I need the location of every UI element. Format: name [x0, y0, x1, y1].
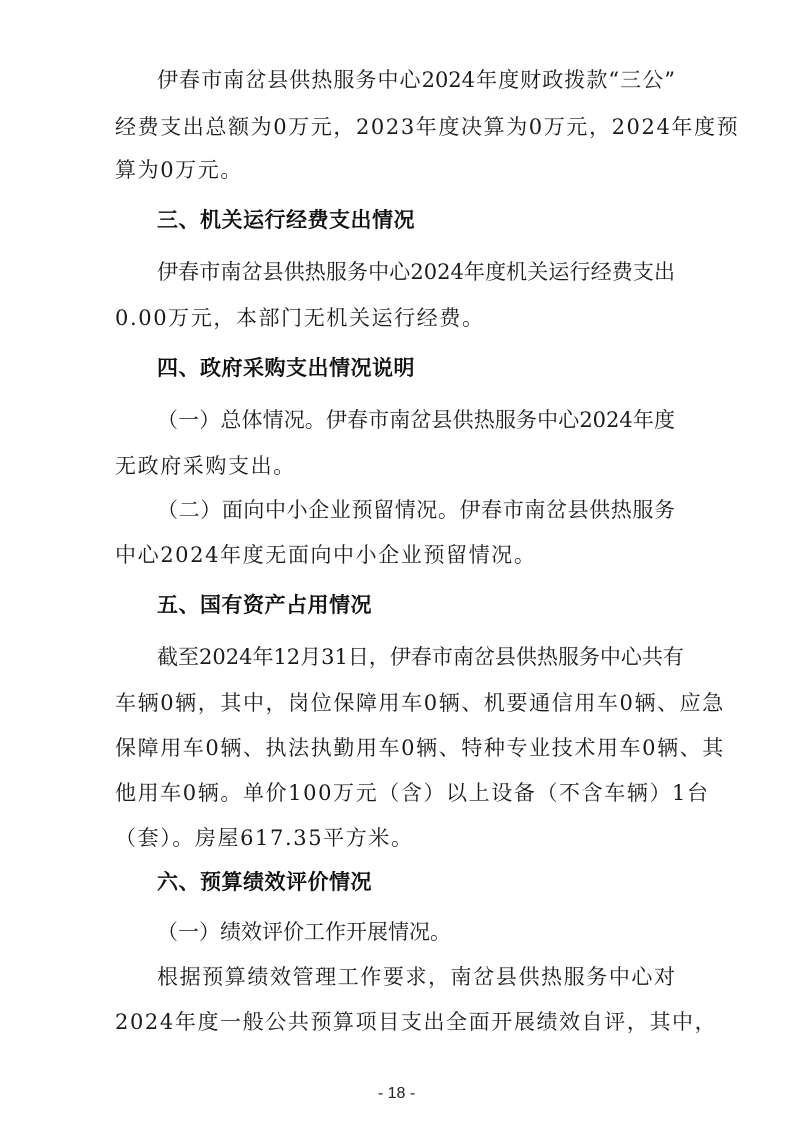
- paragraph-line: 0.00万元，本部门无机关运行经费。: [115, 304, 675, 332]
- paragraph-line: （一）绩效评价工作开展情况。: [157, 918, 675, 946]
- paragraph-line: 经费支出总额为0万元，2023年度决算为0万元，2024年度预: [115, 113, 675, 141]
- paragraph-line: （套）。房屋617.35平方米。: [115, 824, 675, 852]
- paragraph-line: 车辆0辆，其中，岗位保障用车0辆、机要通信用车0辆、应急: [115, 689, 675, 717]
- section-heading-6: 六、预算绩效评价情况: [157, 868, 793, 896]
- paragraph-line: 中心2024年度无面向中小企业预留情况。: [115, 541, 675, 569]
- paragraph-line: （二）面向中小企业预留情况。伊春市南岔县供热服务: [157, 496, 675, 524]
- section-heading-4: 四、政府采购支出情况说明: [157, 354, 793, 382]
- paragraph-line: 伊春市南岔县供热服务中心2024年度机关运行经费支出: [157, 258, 675, 286]
- paragraph-line: 他用车0辆。单价100万元（含）以上设备（不含车辆）1台: [115, 779, 675, 807]
- paragraph-line: 无政府采购支出。: [115, 452, 675, 480]
- paragraph-line: （一）总体情况。伊春市南岔县供热服务中心2024年度: [157, 406, 675, 434]
- paragraph-line: 2024年度一般公共预算项目支出全面开展绩效自评，其中，: [115, 1008, 675, 1036]
- paragraph-line: 根据预算绩效管理工作要求，南岔县供热服务中心对: [157, 963, 675, 991]
- paragraph-line: 算为0万元。: [115, 156, 675, 184]
- section-heading-5: 五、国有资产占用情况: [157, 591, 793, 619]
- paragraph-line: 伊春市南岔县供热服务中心2024年度财政拨款“三公”: [157, 66, 675, 94]
- section-heading-3: 三、机关运行经费支出情况: [157, 206, 793, 234]
- paragraph-line: 截至2024年12月31日，伊春市南岔县供热服务中心共有: [157, 643, 675, 671]
- paragraph-line: 保障用车0辆、执法执勤用车0辆、特种专业技术用车0辆、其: [115, 734, 675, 762]
- page-number: - 18 -: [0, 1085, 793, 1103]
